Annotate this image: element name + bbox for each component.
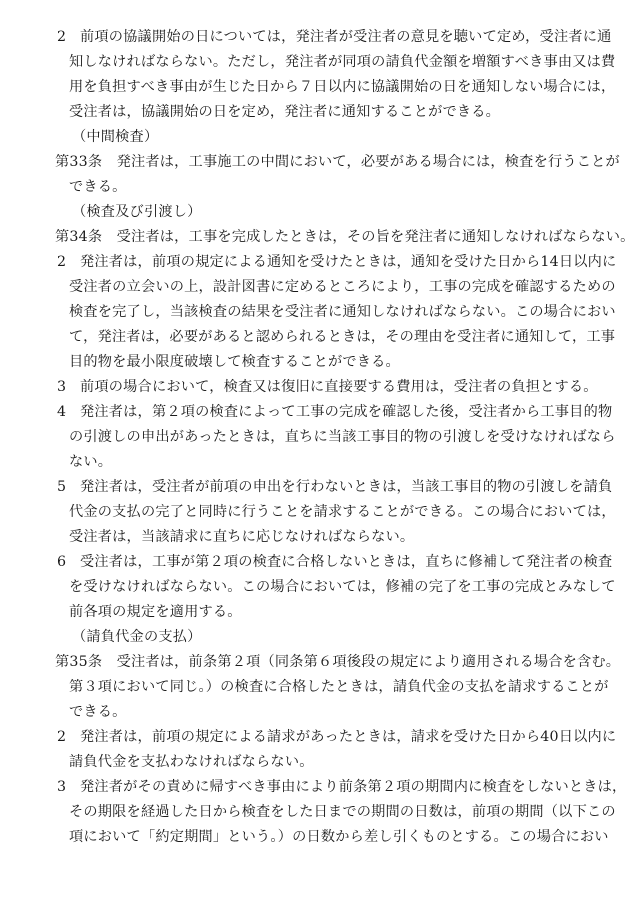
text-line: 受注者は，工事が第２項の検査に合格しないときは，直ちに修補して発注者の検査 [80,550,612,575]
text-line: できる。 [69,175,127,200]
article-heading-line: 第35条 受注者は，前条第２項（同条第６項後段の規定により適用される場合を含む。 [55,650,620,675]
text-line: 受注者は，当該請求に直ちに応じなければならない。 [69,525,414,550]
text-line: 請負代金を支払わなければならない。 [69,750,314,775]
text-line: ない。 [69,450,112,475]
text-line: 発注者がその責めに帰すべき事由により前条第２項の期間内に検査をしないときは， [80,775,626,800]
text-line: 用を負担すべき事由が生じた日から７日以内に協議開始の日を通知しない場合には， [69,75,615,100]
text-line: を受けなければならない。この場合においては，修補の完了を工事の完成とみなして [69,575,616,600]
text-line: その期限を経過した日から検査をした日までの期間の日数は，前項の期間（以下この [69,800,616,825]
text-line: 代金の支払の完了と同時に行うことを請求することができる。この場合においては， [69,500,616,525]
article-caption: （請負代金の支払） [72,625,202,650]
text-line: 前項の協議開始の日については，発注者が受注者の意見を聴いて定め，受注者に通 [80,25,612,50]
paragraph-number: 3 [57,375,66,400]
article-caption: （中間検査） [72,125,158,150]
paragraph-number: 5 [57,475,66,500]
article-caption: （検査及び引渡し） [72,200,202,225]
text-line: 検査を完了し，当該検査の結果を受注者に通知しなければならない。この場合におい [69,300,616,325]
article-heading-line: 第34条 受注者は，工事を完成したときは，その旨を発注者に通知しなければならない… [55,225,630,250]
text-line: 発注者は，前項の規定による請求があったときは，請求を受けた日から40日以内に [80,725,616,750]
paragraph-number: 6 [57,550,66,575]
text-line: 受注者の立会いの上，設計図書に定めるところにより，工事の完成を確認するための [69,275,616,300]
paragraph-number: 2 [57,250,66,275]
paragraph-number: 4 [57,400,66,425]
paragraph-number: 2 [57,725,66,750]
text-line: 前各項の規定を適用する。 [69,600,242,625]
text-line: 第３項において同じ。）の検査に合格したときは，請負代金の支払を請求することが [69,675,609,700]
text-line: 発注者は，第２項の検査によって工事の完成を確認した後，受注者から工事目的物 [80,400,612,425]
text-line: 発注者は，受注者が前項の申出を行わないときは，当該工事目的物の引渡しを請負 [80,475,612,500]
document-page: 2前項の協議開始の日については，発注者が受注者の意見を聴いて定め，受注者に通知し… [0,0,630,903]
text-line: 知しなければならない。ただし，発注者が同項の請負代金額を増額すべき事由又は費 [69,50,615,75]
paragraph-number: 2 [57,25,66,50]
text-line: 受注者は，協議開始の日を定め，発注者に通知することができる。 [69,100,500,125]
paragraph-number: 3 [57,775,66,800]
article-heading-line: 第33条 発注者は，工事施工の中間において，必要がある場合には，検査を行うことが [55,150,620,175]
text-line: の引渡しの申出があったときは，直ちに当該工事目的物の引渡しを受けなければなら [69,425,616,450]
text-line: できる。 [69,700,127,725]
text-line: 目的物を最小限度破壊して検査することができる。 [69,350,400,375]
text-line: て，発注者は，必要があると認められるときは，その理由を受注者に通知して，工事 [69,325,615,350]
text-line: 前項の場合において，検査又は復旧に直接要する費用は，受注者の負担とする。 [80,375,598,400]
text-line: 発注者は，前項の規定による通知を受けたときは，通知を受けた日から14日以内に [80,250,616,275]
text-line: 項において「約定期間」という。）の日数から差し引くものとする。この場合におい [69,825,609,850]
